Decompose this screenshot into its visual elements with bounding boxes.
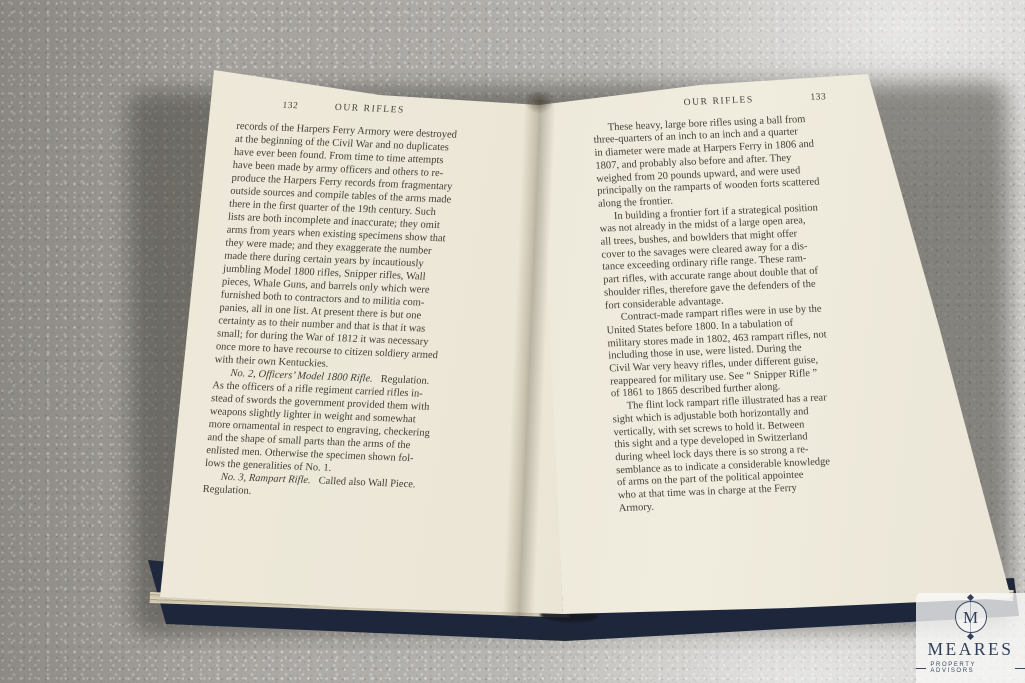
photo-scene: 132 OUR RIFLES records of the Harpers Fe… <box>0 0 1025 683</box>
book-paragraph: The flint lock rampart rifle illustrated… <box>611 391 874 516</box>
meares-watermark: M MEARES PROPERTY ADVISORS <box>916 593 1025 683</box>
book-paragraph: Contract-made rampart rifles were in use… <box>605 302 866 401</box>
monogram-circle: M <box>955 601 987 633</box>
monogram-letter: M <box>963 609 978 626</box>
left-page-text: 132 OUR RIFLES records of the Harpers Fe… <box>202 98 502 506</box>
page-number: 132 <box>238 98 299 113</box>
tagline-dash-right <box>1015 668 1025 669</box>
book-paragraph: As the officers of a rifle regiment carr… <box>204 379 475 480</box>
watermark-tagline: PROPERTY ADVISORS <box>916 662 1025 674</box>
page-number: 133 <box>810 90 847 104</box>
tagline-text: PROPERTY ADVISORS <box>930 662 1010 674</box>
right-page-text: OUR RIFLES 133 These heavy, large bore r… <box>591 90 874 515</box>
running-header: OUR RIFLES <box>683 94 754 110</box>
book-paragraph: In building a frontier fort if a strateg… <box>599 201 861 313</box>
book-paragraph: records of the Harpers Ferry Armory were… <box>214 120 500 377</box>
watermark-name: MEARES <box>928 639 1014 660</box>
spine-top-shadow <box>524 92 554 114</box>
heading-italic: No. 3, Rampart Rifle. <box>220 472 311 487</box>
running-header: OUR RIFLES <box>334 102 405 118</box>
tagline-dash-left <box>916 668 926 669</box>
book-paragraph: These heavy, large bore rifles using a b… <box>592 112 853 211</box>
meares-logo-icon: M <box>951 596 991 638</box>
heading-roman: Regulation. <box>380 374 430 387</box>
